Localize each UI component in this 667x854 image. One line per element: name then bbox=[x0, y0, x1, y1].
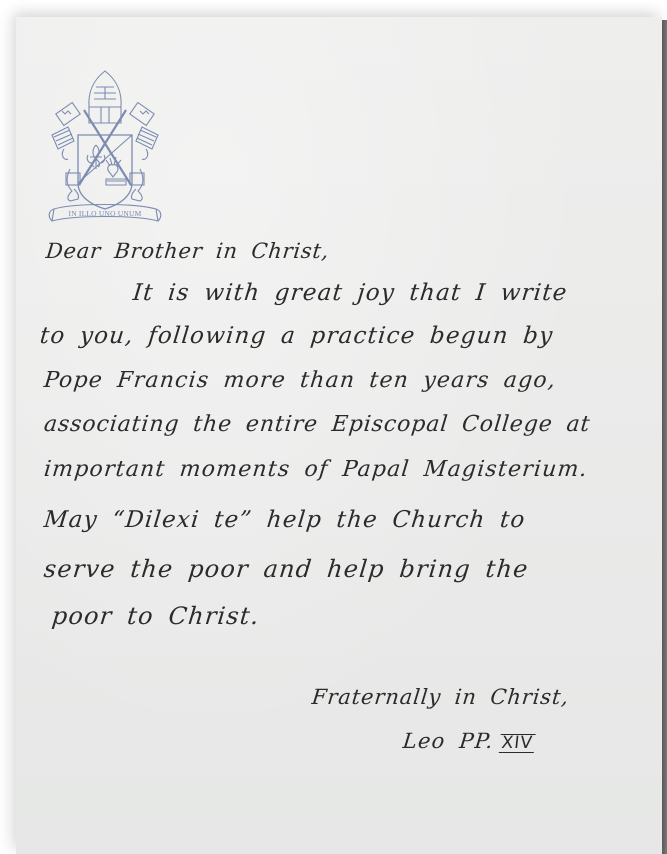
body-line-7: serve the poor and help bring the bbox=[43, 555, 531, 583]
page-edge-shadow bbox=[662, 20, 667, 854]
letter-body: Dear Brother in Christ, It is with great… bbox=[16, 17, 662, 854]
signature: Leo PP.XIV bbox=[402, 729, 537, 753]
salutation: Dear Brother in Christ, bbox=[45, 239, 331, 263]
signature-name: Leo PP. bbox=[402, 729, 495, 753]
body-line-6: May “Dilexi te” help the Church to bbox=[43, 507, 527, 533]
body-line-3: Pope Francis more than ten years ago, bbox=[43, 368, 558, 393]
body-line-2: to you, following a practice begun by bbox=[39, 323, 555, 349]
signature-numeral: XIV bbox=[499, 734, 536, 753]
body-line-4: associating the entire Episcopal College… bbox=[43, 412, 592, 437]
body-line-5: important moments of Papal Magisterium. bbox=[43, 457, 589, 482]
body-line-8: poor to Christ. bbox=[51, 602, 262, 630]
letter-paper: IN ILLO UNO UNUM Dear Brother in Christ,… bbox=[16, 17, 662, 854]
page-background: IN ILLO UNO UNUM Dear Brother in Christ,… bbox=[0, 0, 667, 854]
closing: Fraternally in Christ, bbox=[311, 685, 571, 709]
body-line-1: It is with great joy that I write bbox=[132, 280, 569, 306]
